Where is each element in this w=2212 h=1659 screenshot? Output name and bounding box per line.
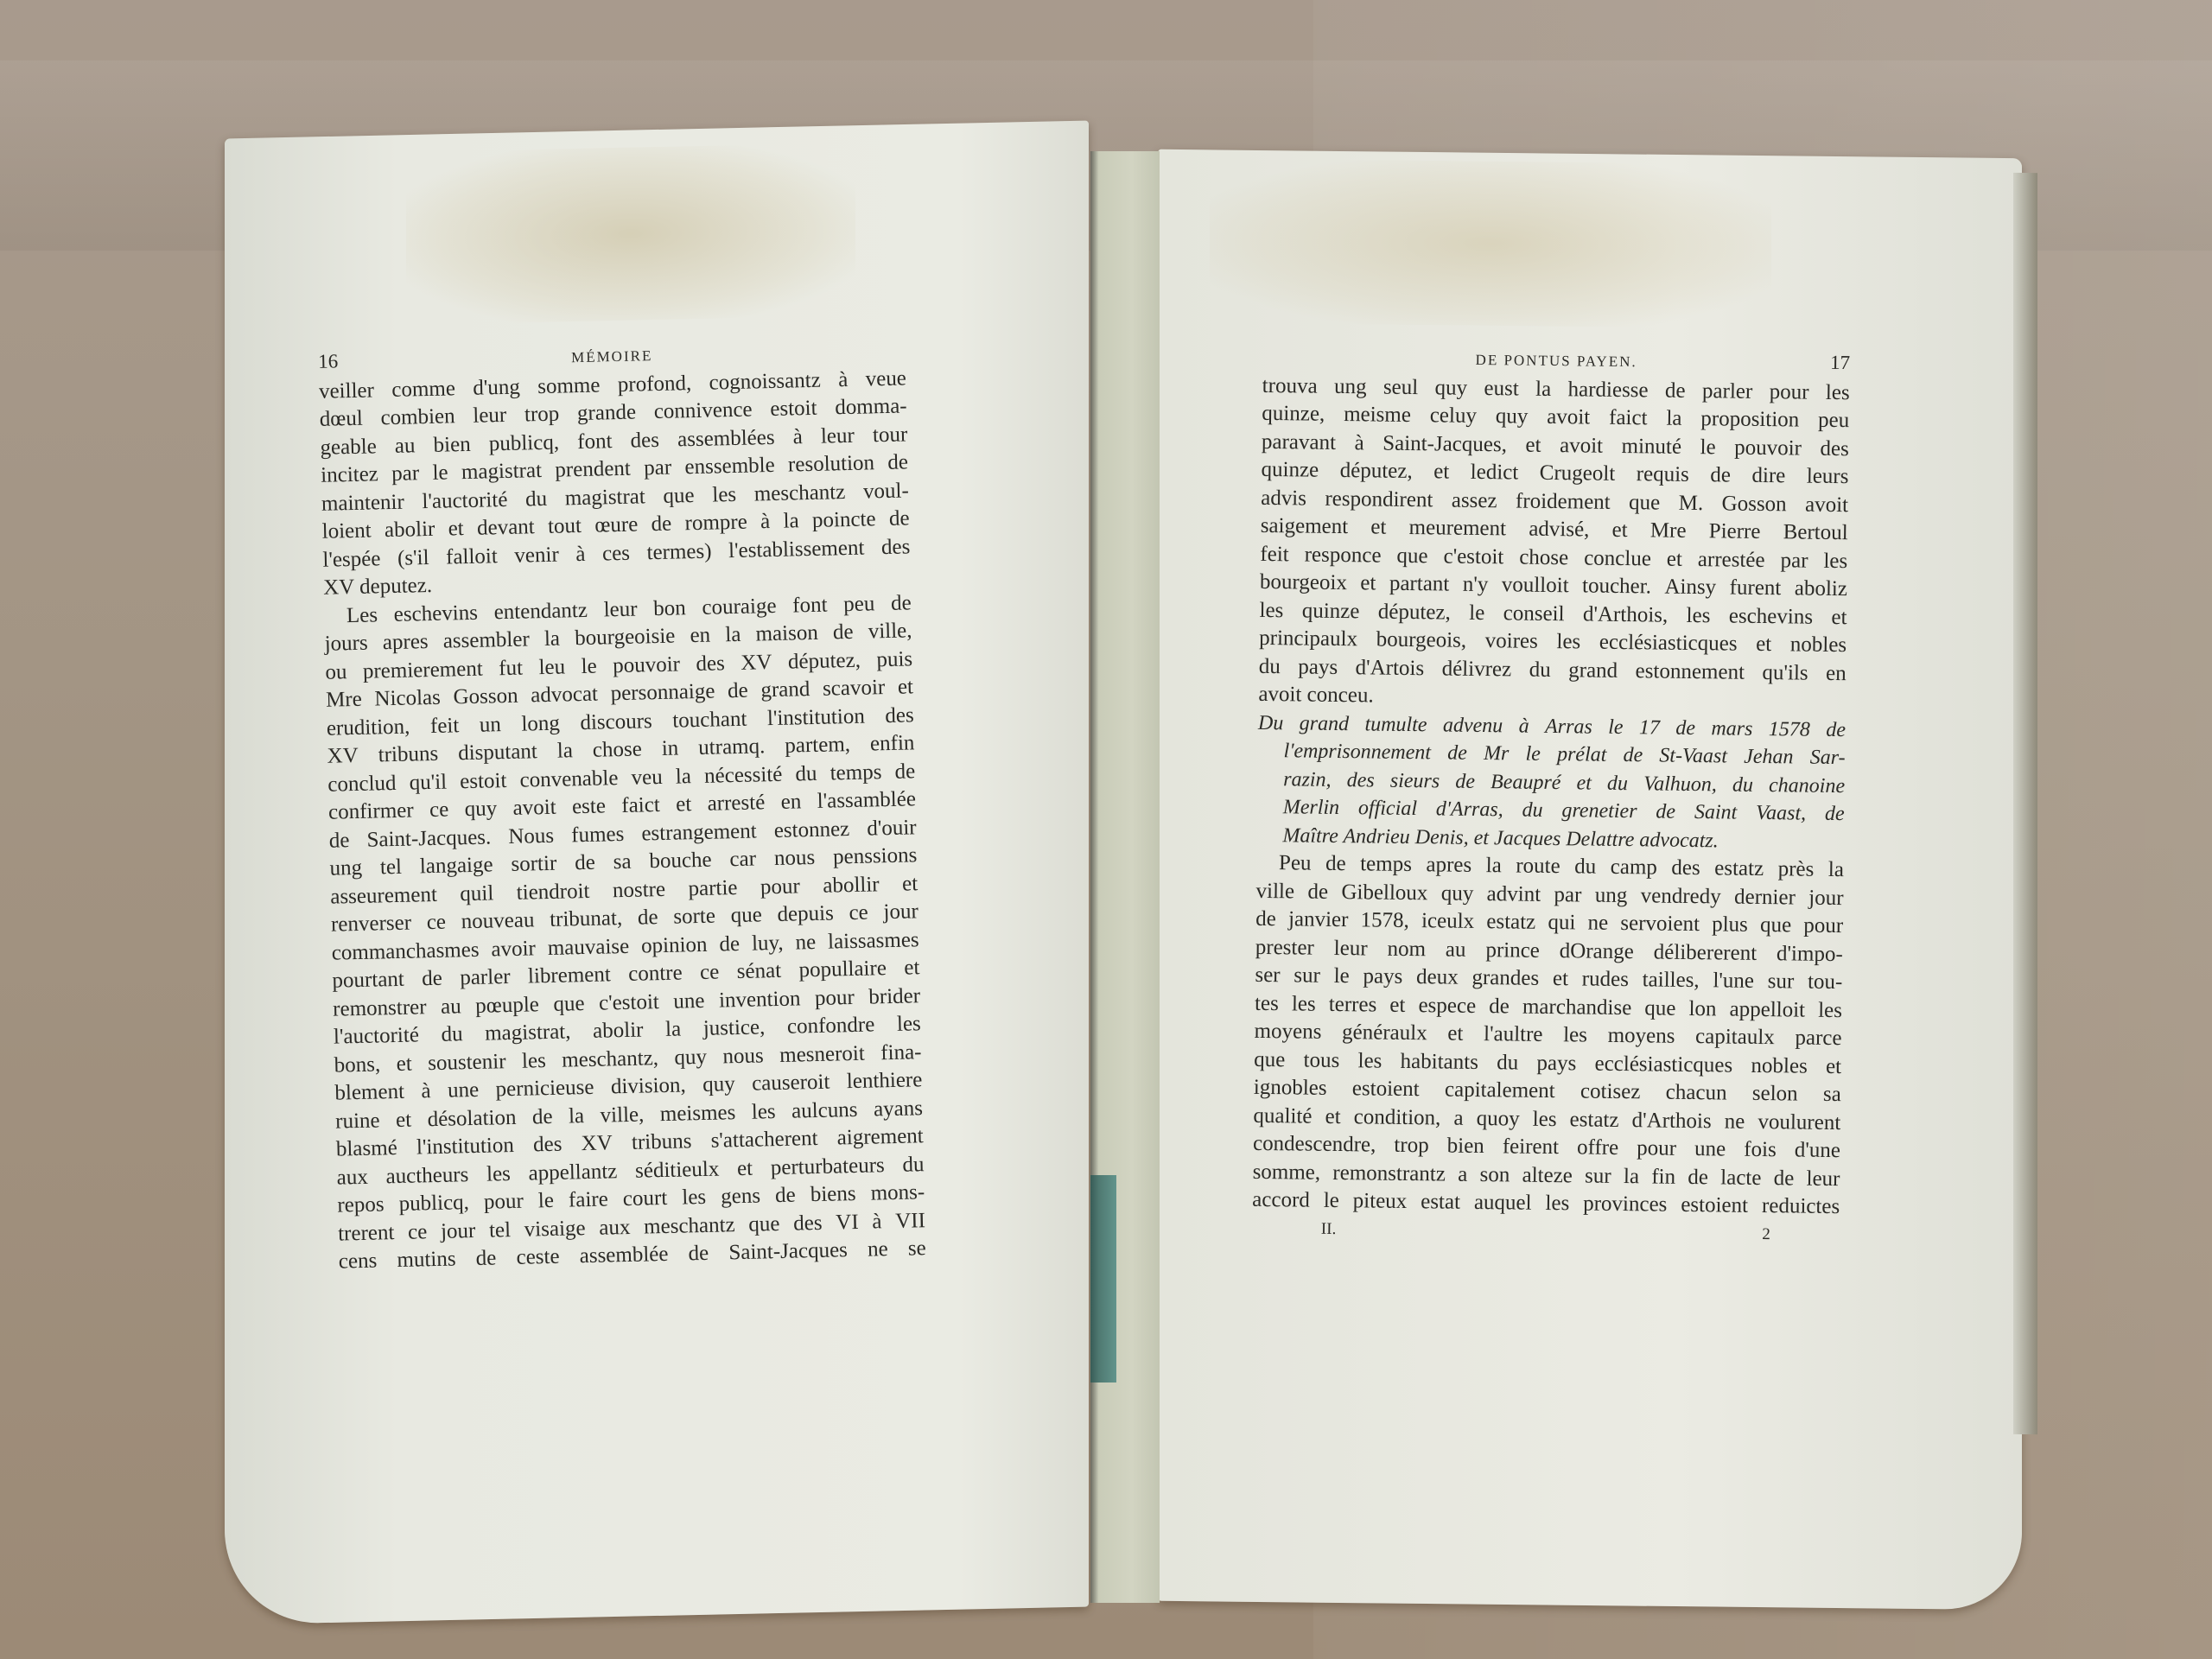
word: en [690, 622, 710, 651]
word: et [1667, 545, 1682, 574]
word: à [792, 423, 803, 452]
word: parce [1795, 1024, 1842, 1052]
word: confirmer [328, 797, 414, 827]
word: grenetier [1561, 797, 1637, 826]
word: pourtant [332, 966, 404, 995]
word: conseil [1503, 600, 1565, 628]
word: devant [477, 513, 535, 543]
word: font [577, 428, 613, 456]
word: chanoine [1769, 772, 1845, 801]
word: sénat [736, 957, 781, 987]
word: (s'il [397, 544, 429, 573]
word: eschevins [393, 599, 478, 629]
word: lenthiere [847, 1066, 923, 1096]
spine-tape-fragment [1090, 1175, 1116, 1382]
word: blasmé [336, 1135, 398, 1164]
word: ser [1255, 962, 1281, 990]
word: reduictes [1762, 1192, 1840, 1222]
gathering-mark: 2 [1762, 1221, 1770, 1249]
word: la [725, 621, 741, 650]
word: estoit [460, 767, 507, 797]
word: nom [1387, 935, 1426, 963]
word: feirent [1503, 1133, 1560, 1161]
word: que [748, 1210, 780, 1238]
word: de [1623, 741, 1643, 770]
word: que [1254, 1046, 1286, 1074]
word: les [1556, 628, 1580, 657]
word: l'espée [322, 545, 381, 575]
word: Gibelloux [1341, 879, 1427, 908]
word: son [1479, 1161, 1510, 1190]
word: Nous [508, 822, 555, 851]
word: la [544, 626, 561, 654]
word: prélat [1557, 741, 1607, 769]
word: resolution [788, 449, 875, 480]
word: discours [580, 708, 652, 737]
word: sieurs [1390, 766, 1440, 795]
word: des [793, 1209, 823, 1237]
word: arrestée [1698, 546, 1765, 575]
word: arresté [707, 789, 765, 818]
word: grand [1300, 709, 1350, 738]
word: habitants [1400, 1047, 1478, 1077]
word: les [486, 1160, 512, 1189]
word: par [644, 454, 672, 483]
word: voires [1485, 627, 1539, 656]
word: à [760, 508, 771, 537]
word: librement [528, 961, 612, 991]
word: condition, [1354, 1103, 1441, 1133]
word: d'ung [473, 373, 520, 403]
word: Arras [1545, 712, 1592, 741]
word: accord [1252, 1186, 1310, 1215]
word: peu [843, 590, 875, 619]
word: le [1324, 1187, 1339, 1216]
word: maison [755, 620, 818, 649]
word: Beaupré [1491, 768, 1561, 797]
word: et [1370, 513, 1386, 542]
word: appelloit [1729, 995, 1805, 1025]
word: comme [391, 375, 455, 404]
word: camp [1611, 854, 1658, 882]
word: estat [1421, 1188, 1460, 1217]
word: les [751, 1098, 776, 1127]
word: connivence [653, 396, 753, 426]
word: froidement [1516, 487, 1611, 517]
word: des [1347, 766, 1375, 795]
word: de [688, 1240, 709, 1268]
word: l'establissement [728, 534, 865, 565]
word: des [881, 533, 911, 562]
word: dOrange [1560, 938, 1634, 967]
word: apres [383, 628, 429, 658]
word: Merlin [1283, 793, 1340, 822]
word: partie [688, 874, 738, 904]
word: l'auctorité [334, 1021, 420, 1052]
word: la [665, 1016, 682, 1045]
word: convenable [519, 765, 619, 795]
word: sur [1585, 1162, 1611, 1191]
word: blement [334, 1078, 404, 1108]
word: et [1360, 569, 1376, 598]
word: brider [868, 982, 920, 1012]
word: capitaulx [1695, 1023, 1775, 1052]
word: se [907, 1235, 926, 1263]
word: d'Artois [1355, 654, 1424, 683]
word: erudition, [327, 713, 410, 743]
word: temps [1360, 850, 1412, 879]
word: et [902, 870, 918, 899]
word: une [673, 987, 705, 1015]
word: trop [1394, 1132, 1429, 1160]
word: Mr [1484, 740, 1510, 768]
word: assemblées [677, 423, 775, 454]
word: alteze [1522, 1161, 1573, 1190]
word: Saint [1694, 798, 1738, 827]
word: fumes [571, 820, 625, 849]
word: commanchasmes [331, 936, 479, 967]
word: advocat [531, 681, 598, 710]
word: pouvoir [613, 651, 680, 680]
word: d'Arthois, [1583, 601, 1669, 630]
word: route [1516, 853, 1560, 881]
word: des [630, 426, 659, 454]
word: bourgeoix [1260, 569, 1347, 598]
word: de [1675, 714, 1695, 742]
word: bon [653, 594, 686, 623]
word: bons, [334, 1051, 380, 1080]
word: aux [599, 1213, 631, 1242]
word: de [1255, 906, 1276, 934]
word: domma- [835, 392, 907, 422]
word: qu'il [409, 768, 447, 797]
word: car [729, 846, 756, 874]
word: de [475, 1244, 496, 1273]
word: venir [514, 541, 559, 570]
word: touchant [672, 705, 747, 734]
word: pour [484, 1188, 524, 1217]
word: et [676, 791, 692, 819]
word: jour [441, 1217, 476, 1245]
word: ce [700, 959, 720, 988]
word: et [1553, 965, 1568, 994]
left-page-text: 16 MÉMOIRE 00 veillercommed'ungsommeprof… [318, 334, 926, 1276]
word: profond, [617, 370, 691, 399]
word: en [1826, 659, 1847, 688]
word: trouva [1262, 372, 1318, 400]
word: du [902, 1151, 925, 1179]
word: Mre [1650, 517, 1687, 545]
word: voul- [863, 477, 910, 506]
word: rudes [1582, 965, 1630, 994]
word: ruine [335, 1107, 380, 1136]
word: la [1535, 375, 1551, 404]
paragraph-continued: veillercommed'ungsommeprofond,cognoissan… [319, 365, 912, 602]
word: l'emprisonnement [1283, 737, 1431, 767]
word: mars [1711, 715, 1752, 743]
word: abollir [823, 871, 880, 900]
word: d'impo- [1777, 940, 1843, 969]
word: parler [460, 963, 511, 993]
word: bourgeoisie [575, 623, 676, 653]
word: meismes [659, 1099, 735, 1128]
word: tumulte [1364, 710, 1427, 739]
word: bouche [649, 847, 712, 876]
word: nostre [613, 875, 666, 905]
word: celuy [1430, 402, 1478, 430]
word: désolation [427, 1103, 516, 1134]
word: ung [329, 855, 362, 883]
word: biens [810, 1180, 856, 1210]
word: de [638, 904, 658, 932]
word: les [522, 1047, 547, 1076]
word: à [575, 540, 586, 569]
word: tribuns [632, 1128, 692, 1157]
word: tout [548, 512, 582, 541]
word: poincte [812, 505, 876, 535]
word: mutins [397, 1246, 456, 1275]
word: leur [821, 422, 855, 450]
word: à [872, 1208, 882, 1236]
word: auctheurs [385, 1161, 469, 1192]
word: tour [873, 421, 908, 449]
word: quinze [1302, 597, 1360, 626]
word: advenu [1443, 711, 1503, 740]
word: perturbateurs [770, 1152, 885, 1182]
word: veiller [319, 377, 375, 406]
word: 17 [1639, 714, 1660, 742]
word: este [572, 792, 607, 821]
word: VII [895, 1207, 925, 1236]
word: cotisez [1580, 1077, 1641, 1106]
word: l'une [1713, 967, 1754, 995]
word: que [1644, 995, 1676, 1023]
word: de [728, 677, 748, 706]
word: et [1611, 517, 1627, 545]
word: sorte [673, 903, 715, 932]
word: servoient [1620, 910, 1700, 939]
word: advint [1486, 880, 1541, 909]
word: la [676, 763, 692, 791]
word: les [1823, 547, 1847, 575]
word: le [1333, 963, 1349, 991]
word: ville [1255, 877, 1294, 906]
word: ou [325, 658, 347, 687]
word: des [885, 702, 914, 730]
word: XV [327, 742, 359, 771]
word: a [1453, 1104, 1464, 1133]
word: par [391, 460, 420, 488]
word: la [1624, 1163, 1639, 1192]
word: ceste [516, 1243, 560, 1273]
word: prendent [555, 455, 631, 485]
word: ne [868, 1236, 888, 1264]
word: vendredy [1640, 882, 1720, 912]
word: magistrat [564, 483, 645, 513]
word: tou- [1808, 969, 1843, 997]
word: avoit [1547, 404, 1590, 432]
word: deux [1416, 963, 1459, 992]
word: veu [631, 763, 663, 791]
word: de [891, 589, 912, 618]
word: l'institution [416, 1132, 515, 1162]
word: remonstrantz [1332, 1159, 1446, 1188]
word: leur [1806, 1165, 1840, 1193]
word: de [1688, 1163, 1708, 1192]
word: de [1826, 715, 1846, 744]
word: quoy [1476, 1104, 1519, 1133]
word: des [1671, 855, 1700, 883]
word: magistrat [461, 457, 543, 487]
word: nous [774, 844, 816, 874]
word: estatz [1569, 1106, 1618, 1135]
word: visaige [524, 1215, 586, 1244]
word: partant [1389, 570, 1450, 599]
word: la [569, 1103, 585, 1131]
word: Sar- [1809, 744, 1845, 772]
word: près [1777, 855, 1814, 884]
word: cognoissantz [709, 366, 821, 397]
word: font [792, 591, 828, 620]
word: au [441, 993, 461, 1021]
word: sa [1823, 1081, 1841, 1109]
word: ce [426, 909, 446, 938]
word: conclud [327, 769, 397, 798]
word: scavoir [823, 674, 886, 703]
word: peu [1818, 407, 1850, 435]
word: mauvaise [547, 932, 629, 963]
word: lon [1688, 995, 1716, 1023]
word: XV [741, 649, 772, 677]
word: du [1529, 656, 1550, 684]
word: de [1656, 798, 1675, 826]
word: de [1489, 993, 1510, 1021]
word: jours [324, 630, 368, 659]
word: ayans [874, 1095, 924, 1124]
word: par [1554, 881, 1581, 910]
word: puis [876, 645, 912, 674]
word: Saint-Jacques [728, 1236, 848, 1268]
word: de [1455, 767, 1475, 796]
word: quy [702, 1071, 735, 1099]
word: de [775, 1182, 796, 1211]
word: Jehan [1744, 743, 1794, 772]
word: moyens [1607, 1022, 1675, 1051]
word: loient [321, 518, 372, 547]
word: députez, [788, 646, 861, 676]
word: renverser [331, 910, 412, 940]
word: députez, [1340, 457, 1413, 486]
word: de [894, 758, 915, 786]
word: les [1818, 996, 1842, 1025]
word: geable [320, 433, 377, 462]
word: Pierre [1709, 518, 1761, 546]
word: de [887, 448, 908, 477]
word: tiendroit [516, 877, 589, 906]
word: du [525, 485, 548, 513]
word: paravant [1262, 428, 1336, 457]
word: le [1469, 599, 1484, 627]
word: terres [1329, 990, 1377, 1019]
word: délibererent [1654, 938, 1758, 968]
word: grande [577, 399, 637, 429]
word: magistrat, [485, 1018, 571, 1048]
word: offre [1577, 1134, 1619, 1162]
word: une [448, 1077, 480, 1105]
word: des [1820, 435, 1849, 463]
word: mons- [870, 1179, 925, 1208]
word: de [1710, 461, 1731, 490]
word: par [1780, 547, 1808, 575]
word: invention [719, 985, 801, 1015]
word: repos [337, 1191, 385, 1220]
word: fin [1651, 1163, 1675, 1192]
word: penssions [833, 842, 918, 872]
word: quy [1496, 403, 1529, 431]
word: trop [524, 401, 560, 429]
word: respondirent [1325, 485, 1433, 514]
word: l'aultre [1484, 1020, 1543, 1049]
word: le [1700, 434, 1715, 462]
word: meschantz [644, 1211, 735, 1242]
word: tribuns [378, 741, 438, 770]
word: ung [1334, 372, 1367, 401]
word: nous [722, 1042, 764, 1071]
word: du [1259, 652, 1281, 681]
word: voulurent [1758, 1108, 1840, 1137]
word: toucher. [1582, 572, 1651, 601]
word: et [1756, 631, 1771, 659]
word: Bertoul [1783, 518, 1847, 547]
word: pour [1803, 912, 1843, 941]
word: quinze, [1262, 400, 1325, 429]
word: estrangement [641, 817, 757, 849]
word: pays [1363, 963, 1402, 991]
word: et [1447, 1020, 1463, 1049]
word: maintenir [321, 488, 405, 518]
word: bourgeois, [1376, 626, 1466, 656]
word: advis [1261, 484, 1306, 512]
word: ecclésiasticques [1599, 629, 1738, 658]
word: avoit [1805, 491, 1848, 519]
word: sur [1768, 968, 1795, 996]
word: c'estoit [599, 988, 659, 1018]
word: et [898, 673, 914, 702]
word: de [719, 930, 740, 958]
word: ignobles [1254, 1074, 1327, 1103]
word: au [395, 432, 416, 461]
word: depuis [777, 899, 834, 929]
word: jour [883, 898, 918, 926]
word: gens [721, 1182, 761, 1211]
word: qu'ils [1762, 658, 1808, 687]
word: Gosson [453, 683, 518, 712]
word: moyens [1254, 1018, 1321, 1046]
word: pœuple [475, 991, 539, 1020]
word: quy [674, 1043, 707, 1071]
word: la [1666, 405, 1681, 434]
word: popullaire [798, 955, 887, 985]
word: du [1574, 853, 1596, 881]
word: somme, [1252, 1158, 1320, 1186]
word: court [623, 1185, 668, 1214]
word: les [897, 1010, 922, 1039]
word: à [838, 365, 849, 394]
word: tribunat, [550, 905, 623, 934]
word: les [1826, 378, 1850, 407]
word: Saint-Jacques, [1382, 429, 1507, 459]
word: de [833, 619, 854, 647]
